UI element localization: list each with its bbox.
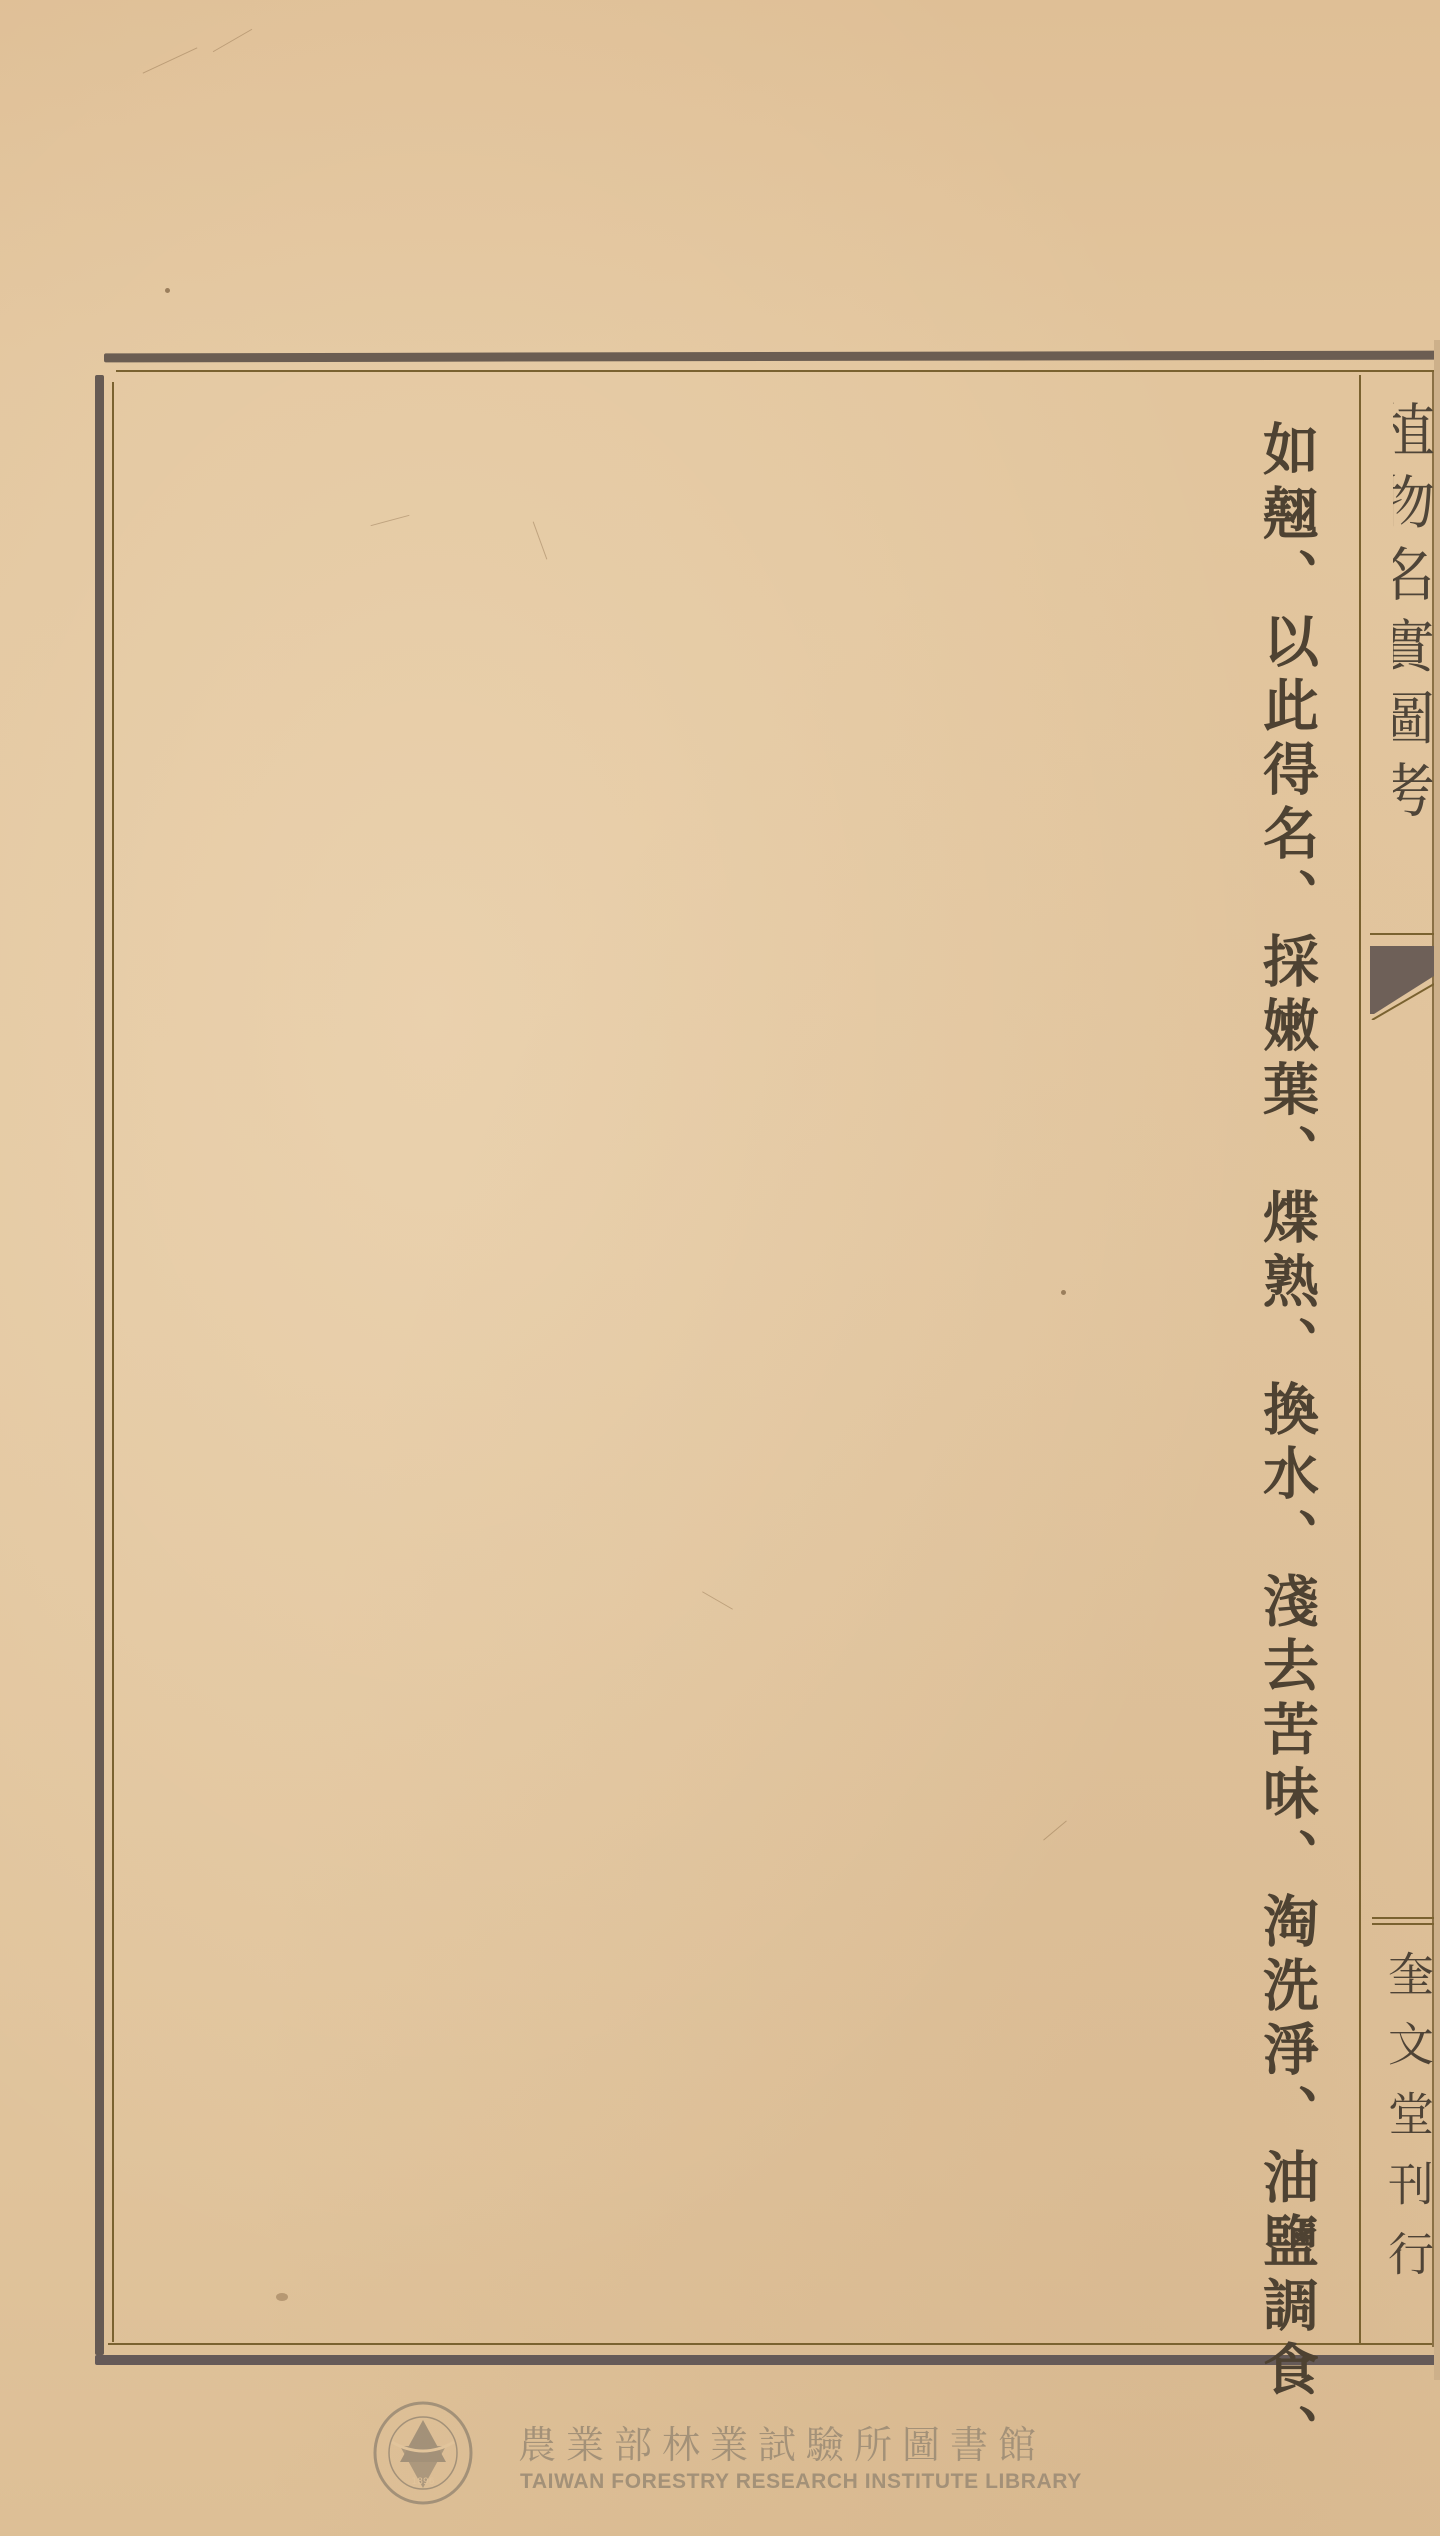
frame-border-top — [104, 351, 1440, 363]
paper-speck — [276, 2293, 288, 2301]
paper-fiber — [533, 522, 548, 560]
frame-rule-bottom — [108, 2343, 1440, 2345]
fold-column-rule-left — [1359, 375, 1361, 2343]
frame-border-left — [95, 375, 104, 2355]
paper-fiber — [1043, 1820, 1067, 1840]
paper-fiber — [371, 515, 410, 526]
publisher-imprint: 奎文堂刊行 — [1375, 1950, 1440, 2300]
library-name-zh: 農業部林業試驗所圖書館 — [518, 2414, 1046, 2469]
book-title-fold: 植物名實圖考 — [1393, 400, 1440, 832]
frame-border-bottom — [95, 2355, 1440, 2365]
library-name-en: TAIWAN FORESTRY RESEARCH INSTITUTE LIBRA… — [520, 2470, 1082, 2494]
main-text-column: 如翹、以此得名、採嫩葉、煠熟、換水、淺去苦味、淘洗淨、油鹽調食、 — [1252, 420, 1322, 2468]
paper-fiber — [213, 29, 252, 52]
scanned-book-page: 植物名實圖考 如翹、以此得名、採嫩葉、煠熟、換水、淺去苦味、淘洗淨、油鹽調食、 … — [0, 0, 1440, 2536]
paper-fiber — [702, 1591, 733, 1609]
frame-rule-top — [116, 370, 1440, 372]
fishtail-icon — [1370, 940, 1434, 1020]
paper-speck — [165, 288, 170, 293]
paper-speck — [1061, 1290, 1066, 1295]
library-watermark: 1896 農業部林業試驗所圖書館 TAIWAN FORESTRY RESEARC… — [370, 2400, 1090, 2510]
paper-fiber — [143, 47, 198, 73]
frame-rule-left — [112, 382, 114, 2342]
fold-divider-upper — [1370, 933, 1434, 935]
tfri-triangle-emblem-icon: 1896 — [370, 2400, 476, 2506]
fold-divider-lower — [1372, 1917, 1434, 1919]
svg-text:1896: 1896 — [412, 2477, 435, 2487]
